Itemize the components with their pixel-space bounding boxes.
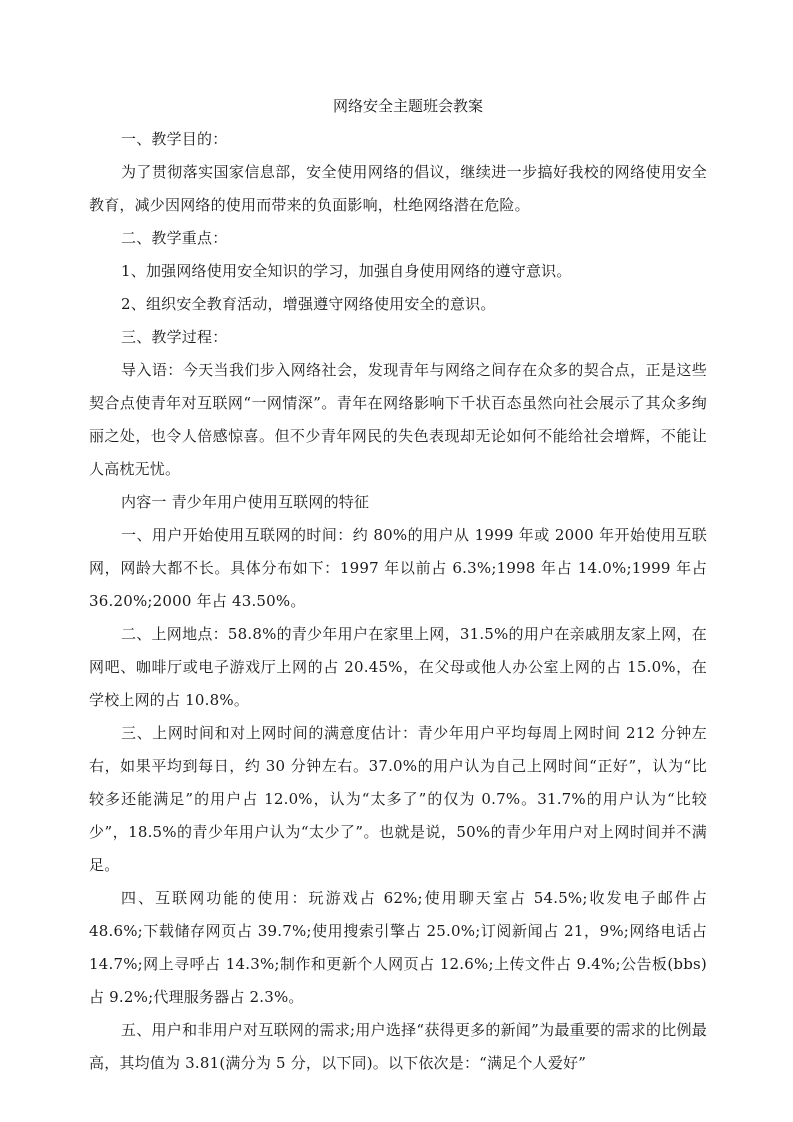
heading-teaching-focus: 二、教学重点： [89,222,707,255]
paragraph-location: 二、上网地点：58.8%的青少年用户在家里上网，31.5%的用户在亲戚朋友家上网… [89,618,707,717]
paragraph-goal-body: 为了贯彻落实国家信息部，安全使用网络的倡议，继续进一步搞好我校的网络使用安全教育… [89,156,707,222]
paragraph-demand: 五、用户和非用户对互联网的需求;用户选择“获得更多的新闻”为最重要的需求的比例最… [89,1014,707,1080]
heading-content-one: 内容一 青少年用户使用互联网的特征 [89,486,707,519]
paragraph-function-usage: 四、互联网功能的使用：玩游戏占 62%;使用聊天室占 54.5%;收发电子邮件占… [89,882,707,1014]
document-title: 网络安全主题班会教案 [89,90,707,123]
paragraph-introduction: 导入语：今天当我们步入网络社会，发现青年与网络之间存在众多的契合点，正是这些契合… [89,354,707,486]
paragraph-focus-1: 1、加强网络使用安全知识的学习，加强自身使用网络的遵守意识。 [89,255,707,288]
paragraph-focus-2: 2、组织安全教育活动，增强遵守网络使用安全的意识。 [89,288,707,321]
paragraph-start-time: 一、用户开始使用互联网的时间：约 80%的用户从 1999 年或 2000 年开… [89,519,707,618]
heading-teaching-goal: 一、教学目的： [89,123,707,156]
heading-teaching-process: 三、教学过程： [89,321,707,354]
document-page: 网络安全主题班会教案 一、教学目的： 为了贯彻落实国家信息部，安全使用网络的倡议… [89,90,707,1080]
paragraph-online-time: 三、上网时间和对上网时间的满意度估计：青少年用户平均每周上网时间 212 分钟左… [89,717,707,882]
